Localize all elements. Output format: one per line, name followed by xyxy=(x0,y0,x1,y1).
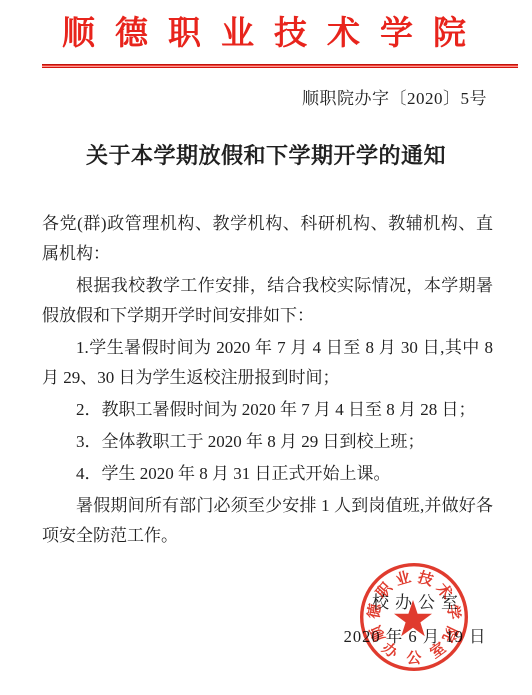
document-page: 顺德职业技术学院 顺职院办字〔2020〕5号 关于本学期放假和下学期开学的通知 … xyxy=(0,0,532,695)
doc-number: 顺职院办字〔2020〕5号 xyxy=(302,84,487,109)
signature-block: 校办公室 2020 年 6 月 19 日 xyxy=(330,592,500,648)
paragraph-intro: 根据我校教学工作安排，结合我校实际情况，本学期暑假放假和下学期开学时间安排如下： xyxy=(42,271,493,331)
paragraph-item-4: 4．学生 2020 年 8 月 31 日正式开始上课。 xyxy=(42,459,493,489)
notice-title: 关于本学期放假和下学期开学的通知 xyxy=(0,139,532,170)
paragraph-item-2: 2．教职工暑假时间为 2020 年 7 月 4 日至 8 月 28 日； xyxy=(42,395,493,425)
notice-body: 各党(群)政管理机构、教学机构、科研机构、教辅机构、直属机构： 根据我校教学工作… xyxy=(42,207,493,553)
letterhead-org-name: 顺德职业技术学院 xyxy=(62,13,486,55)
paragraph-salutation: 各党(群)政管理机构、教学机构、科研机构、教辅机构、直属机构： xyxy=(42,209,493,269)
letterhead-divider xyxy=(42,64,518,68)
signature-date: 2020 年 6 月 19 日 xyxy=(330,626,500,648)
paragraph-item-1: 1.学生暑假时间为 2020 年 7 月 4 日至 8 月 30 日,其中 8 … xyxy=(42,333,493,393)
paragraph-duty: 暑假期间所有部门必须至少安排 1 人到岗值班,并做好各项安全防范工作。 xyxy=(42,491,493,551)
paragraph-item-3: 3．全体教职工于 2020 年 8 月 29 日到校上班； xyxy=(42,427,493,457)
signature-department: 校办公室 xyxy=(330,592,500,614)
